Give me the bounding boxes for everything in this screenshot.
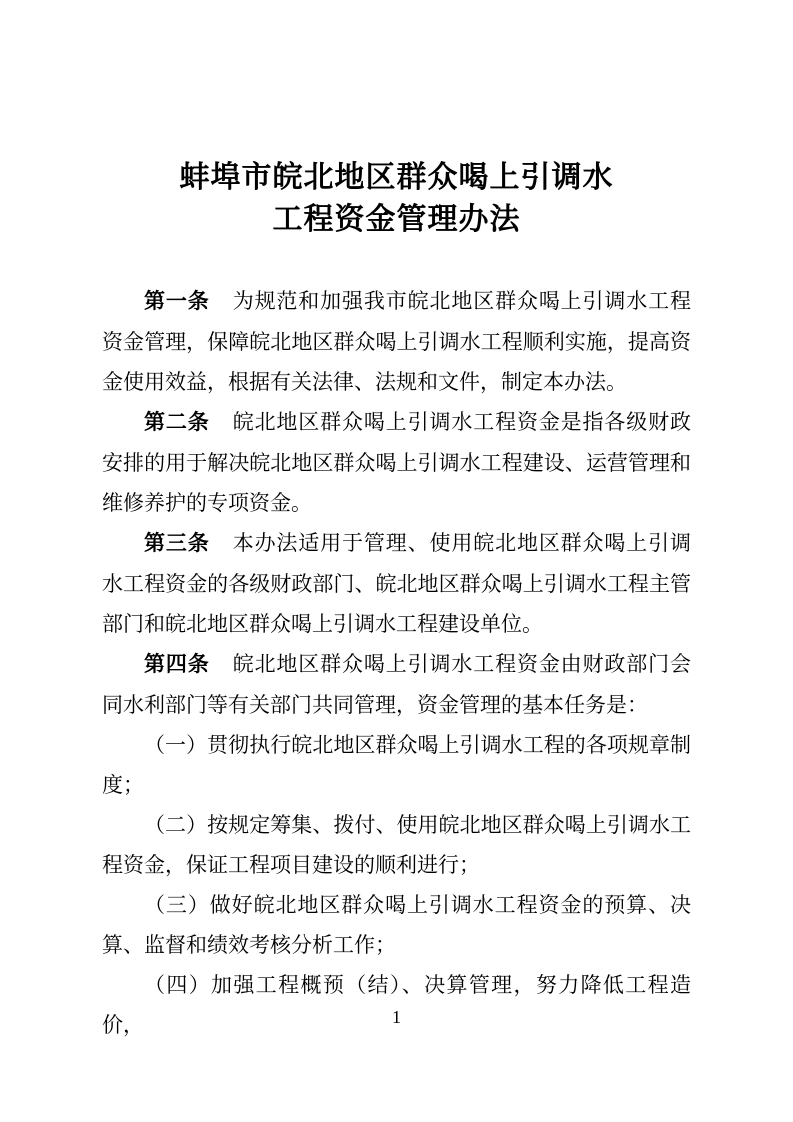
- title-line-1: 蚌埠市皖北地区群众喝上引调水: [180, 161, 614, 194]
- article-4: 第四条皖北地区群众喝上引调水工程资金由财政部门会同水利部门等有关部门共同管理，资…: [102, 644, 691, 725]
- title-line-2: 工程资金管理办法: [273, 203, 521, 236]
- article-3-label: 第三条: [144, 532, 210, 555]
- article-3: 第三条本办法适用于管理、使用皖北地区群众喝上引调水工程资金的各级财政部门、皖北地…: [102, 523, 691, 644]
- document-title: 蚌埠市皖北地区群众喝上引调水 工程资金管理办法: [102, 157, 691, 241]
- article-4-item-3: （三）做好皖北地区群众喝上引调水工程资金的预算、决算、监督和绩效考核分析工作；: [102, 885, 691, 965]
- document-page: 蚌埠市皖北地区群众喝上引调水 工程资金管理办法 第一条为规范和加强我市皖北地区群…: [0, 0, 793, 1122]
- article-4-item-1: （一）贯彻执行皖北地区群众喝上引调水工程的各项规章制度；: [102, 725, 691, 805]
- article-2-label: 第二条: [144, 411, 210, 434]
- document-body: 第一条为规范和加强我市皖北地区群众喝上引调水工程资金管理，保障皖北地区群众喝上引…: [102, 281, 691, 1045]
- page-number: 1: [0, 1005, 793, 1029]
- article-1-label: 第一条: [144, 290, 210, 313]
- article-2: 第二条皖北地区群众喝上引调水工程资金是指各级财政安排的用于解决皖北地区群众喝上引…: [102, 402, 691, 523]
- article-4-item-2: （二）按规定筹集、拨付、使用皖北地区群众喝上引调水工程资金，保证工程项目建设的顺…: [102, 805, 691, 885]
- article-4-label: 第四条: [144, 653, 210, 676]
- article-1: 第一条为规范和加强我市皖北地区群众喝上引调水工程资金管理，保障皖北地区群众喝上引…: [102, 281, 691, 402]
